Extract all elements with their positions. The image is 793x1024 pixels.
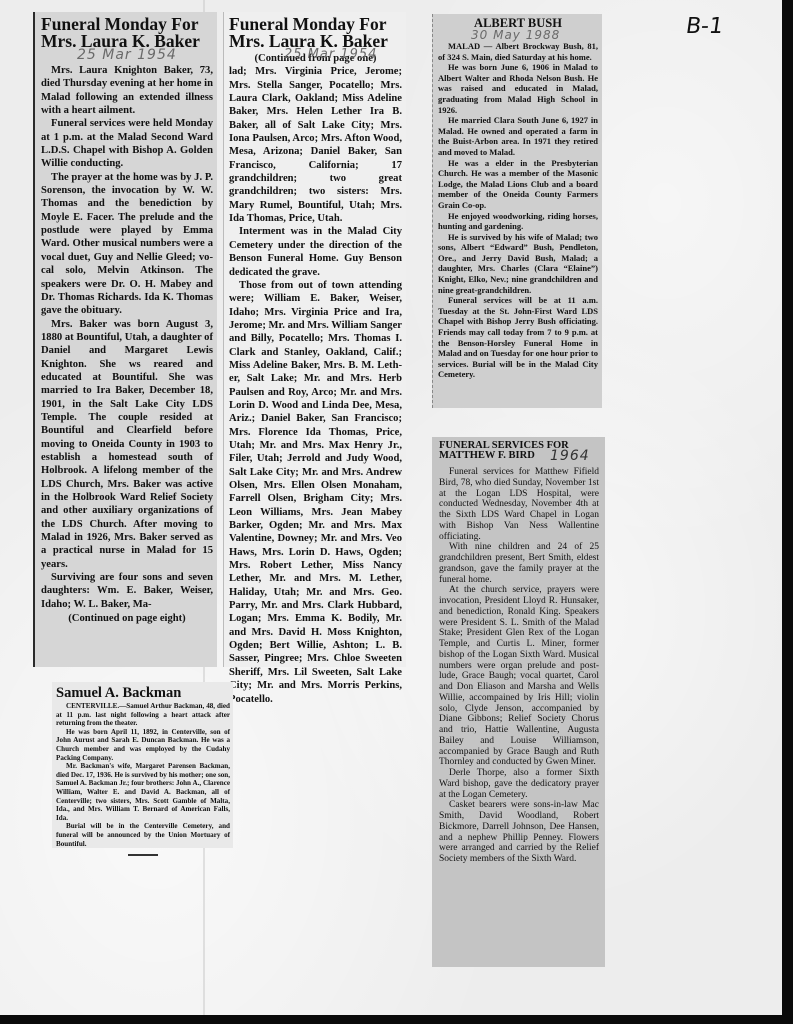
handwritten-date: 1964 — [550, 451, 590, 462]
handwritten-date: 25 Mar 1954 — [77, 49, 177, 62]
headline: Samuel A. Backman — [56, 686, 230, 700]
scan-border-bottom — [0, 1015, 793, 1024]
paragraph: Surviving are four sons and seven daught… — [41, 571, 213, 611]
paragraph: He is survived by his wife of Malad; two… — [438, 232, 598, 296]
paragraph: Mr. Backman's wife, Margaret Paren­sen B… — [56, 762, 230, 822]
paragraph: He was born April 11, 1892, in Center­vi… — [56, 728, 230, 762]
end-rule — [128, 854, 158, 856]
handwritten-date: 30 May 1988 — [471, 30, 560, 41]
paragraph: He enjoyed woodworking, riding horses, h… — [438, 211, 598, 232]
handwritten-date: 25 Mar 1954 — [284, 48, 377, 61]
paragraph: Burial will be in the Centerville Ceme­t… — [56, 822, 230, 848]
paragraph: Mrs. Baker was born August 3, 1880 at Bo… — [41, 318, 213, 572]
headline: Funeral Monday For Mrs. Laura K. Baker — [229, 16, 402, 50]
paragraph: Those from out of town at­tending were; … — [229, 279, 402, 706]
continuation-note: (Continued on page eight) — [41, 612, 213, 625]
paragraph: Funeral services for Matthew Fifield Bir… — [439, 467, 599, 542]
paragraph: The prayer at the home was by J. P. Sore… — [41, 171, 213, 318]
paragraph: Mrs. Laura Knighton Baker, 73, died Thur… — [41, 64, 213, 117]
paragraph: Interment was in the Malad City Cemetery… — [229, 225, 402, 278]
paragraph: He was a elder in the Presbyterian Churc… — [438, 158, 598, 211]
page-label: B-1 — [684, 14, 725, 39]
clipping-laura-baker-part2: Funeral Monday For Mrs. Laura K. Baker 2… — [223, 12, 406, 667]
paragraph: lad; Mrs. Virginia Price, Jerome; Mrs. S… — [229, 65, 402, 225]
paragraph: Funeral services were held Monday at 1 p… — [41, 117, 213, 170]
paragraph: He was born June 6, 1906 in Malad to Alb… — [438, 62, 598, 115]
clipping-matthew-bird: FUNERAL SERVICES FOR MATTHEW F. BIRD 196… — [432, 437, 605, 967]
paragraph: MALAD — Albert Brockway Bush, 81, of 324… — [438, 41, 598, 62]
paragraph: Funeral services will be at 11 a.m. Tues… — [438, 295, 598, 380]
headline: Funeral Monday For Mrs. Laura K. Baker — [41, 16, 213, 50]
paragraph: Derle Thorpe, also a former Sixth Ward b… — [439, 768, 599, 800]
paragraph: With nine children and 24 of 25 grandchi… — [439, 542, 599, 585]
clipping-albert-bush: ALBERT BUSH 30 May 1988 MALAD — Albert B… — [432, 14, 602, 408]
paragraph: He married Clara South June 6, 1927 in M… — [438, 115, 598, 157]
paragraph: CENTERVILLE.—Samuel Arthur Back­man, 48,… — [56, 702, 230, 728]
clipping-samuel-backman: Samuel A. Backman CENTERVILLE.—Samuel Ar… — [52, 682, 233, 848]
scrapbook-page: B-1 Funeral Monday For Mrs. Laura K. Bak… — [0, 0, 782, 1015]
paragraph: At the church service, prayers were invo… — [439, 585, 599, 768]
clipping-laura-baker-part1: Funeral Monday For Mrs. Laura K. Baker 2… — [33, 12, 217, 667]
paragraph: Casket bearers were sons-in-law Mac Smit… — [439, 800, 599, 865]
scan-border-right — [782, 0, 793, 1024]
